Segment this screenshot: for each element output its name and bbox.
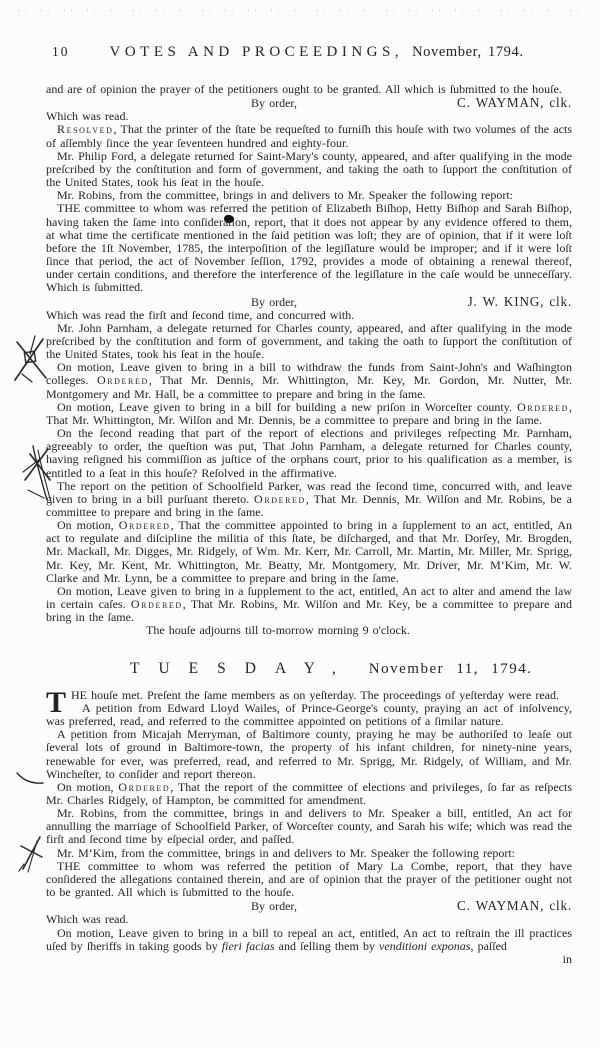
page-number: 10 bbox=[52, 44, 70, 60]
signature-row: By order,C. WAYMAN, clk. bbox=[46, 96, 572, 110]
signature-by-order: By order, bbox=[251, 900, 297, 913]
page-column: 10 VOTES AND PROCEEDINGS, November, 1794… bbox=[46, 44, 572, 966]
section-heading-date: November 11, 1794. bbox=[369, 661, 533, 677]
signature-by-order: By order, bbox=[251, 296, 297, 309]
paragraph: On motion, Leave given to bring in a bil… bbox=[46, 361, 572, 400]
paragraph: On motion, Leave given to bring in a ſup… bbox=[46, 585, 572, 624]
paragraph: On motion, Ordered, That the committee a… bbox=[46, 519, 572, 585]
document-content: and are of opinion the prayer of the pet… bbox=[46, 83, 572, 953]
paragraph: THE committee to whom was referred the p… bbox=[46, 860, 572, 899]
small-caps-word: Ordered bbox=[118, 780, 170, 794]
drop-cap: T bbox=[46, 690, 66, 715]
signature-row: By order,J. W. KING, clk. bbox=[46, 295, 572, 309]
section-heading: TUESDAY,November 11, 1794. bbox=[130, 662, 572, 676]
small-caps-word: Resolved bbox=[57, 122, 114, 136]
catchword: in bbox=[46, 953, 572, 966]
adjournment-line: The houſe adjourns till to-morrow mornin… bbox=[146, 624, 572, 637]
small-caps-word: Ordered bbox=[254, 492, 306, 506]
paragraph: Mr. M‘Kim, from the committee, brings in… bbox=[46, 847, 572, 860]
paragraph: A petition from Micajah Merryman, of Bal… bbox=[46, 728, 572, 781]
signature-clerk-name: J. W. KING, clk. bbox=[468, 295, 572, 308]
paragraph: THE committee to whom was referred the p… bbox=[46, 202, 572, 294]
running-date: November, 1794. bbox=[412, 44, 524, 61]
small-caps-word: Ordered bbox=[131, 597, 183, 611]
paragraph: Resolved, That the printer of the ſtate … bbox=[46, 123, 572, 149]
paragraph: A petition from Edward Lloyd Wailes, of … bbox=[46, 702, 572, 728]
paragraph: Mr. Philip Ford, a delegate returned for… bbox=[46, 150, 572, 189]
handwritten-x-mark bbox=[16, 834, 46, 874]
paragraph-dropcap: THE houſe met. Preſent the ſame members … bbox=[46, 689, 572, 702]
small-caps-word: Ordered bbox=[119, 518, 171, 532]
paragraph: Which was read. bbox=[46, 913, 572, 926]
small-caps-word: Ordered bbox=[517, 400, 569, 414]
paragraph: Mr. John Parnham, a delegate returned fo… bbox=[46, 322, 572, 361]
latin-phrase: fieri facias bbox=[222, 939, 275, 953]
handwritten-curve-mark bbox=[15, 770, 45, 788]
paragraph: The report on the petition of Schoolfiel… bbox=[46, 480, 572, 519]
signature-by-order: By order, bbox=[251, 97, 297, 110]
signature-clerk-name: C. WAYMAN, clk. bbox=[457, 899, 572, 912]
paragraph: On motion, Leave given to bring in a bil… bbox=[46, 401, 572, 427]
paragraph: Which was read the firſt and ſecond time… bbox=[46, 309, 572, 322]
paragraph: On the ſecond reading that part of the r… bbox=[46, 427, 572, 480]
page-header: 10 VOTES AND PROCEEDINGS, November, 1794… bbox=[52, 44, 572, 61]
scan-noise-strip bbox=[18, 9, 584, 12]
paragraph: On motion, Ordered, That the report of t… bbox=[46, 781, 572, 807]
running-title: VOTES AND PROCEEDINGS, bbox=[110, 44, 404, 61]
section-heading-day: TUESDAY, bbox=[130, 660, 355, 677]
paragraph: Mr. Robins, from the committee, brings i… bbox=[46, 807, 572, 846]
signature-clerk-name: C. WAYMAN, clk. bbox=[457, 96, 572, 109]
paragraph: On motion, Leave given to bring in a bil… bbox=[46, 927, 572, 953]
latin-phrase: venditioni exponas bbox=[379, 939, 470, 953]
signature-row: By order,C. WAYMAN, clk. bbox=[46, 899, 572, 913]
small-caps-word: Ordered bbox=[97, 373, 149, 387]
